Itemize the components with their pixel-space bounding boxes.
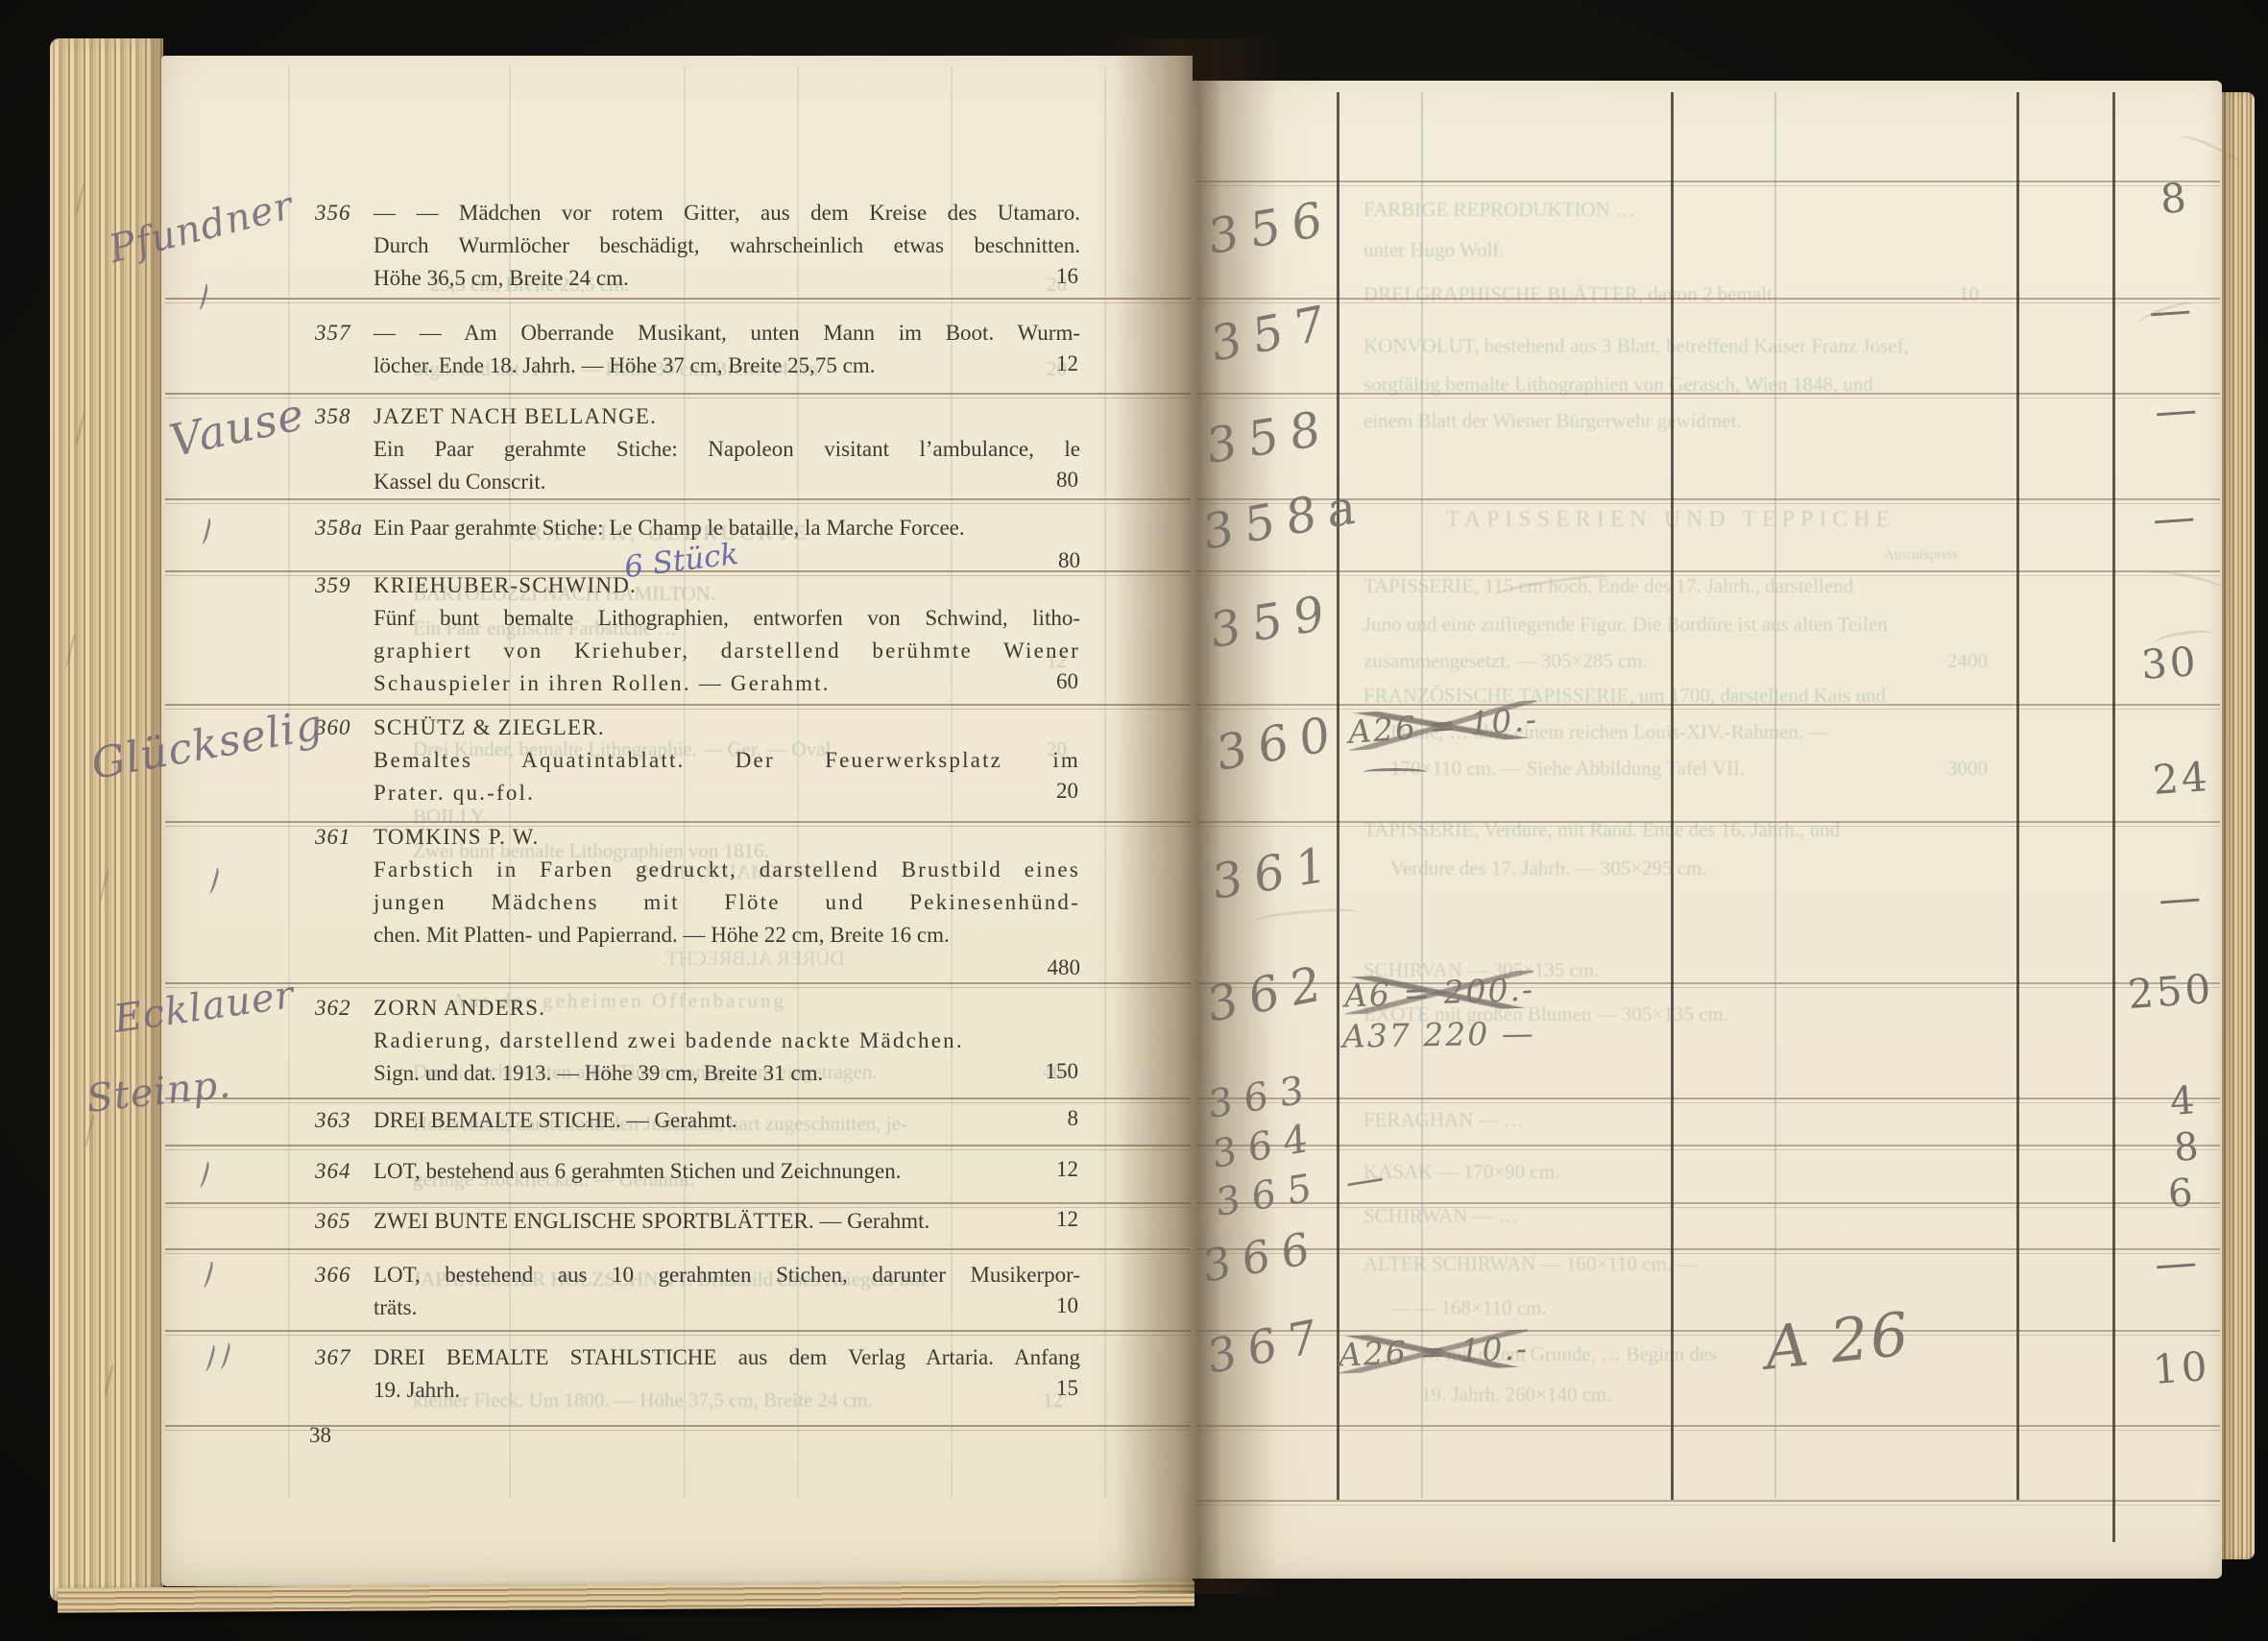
entry-text-line: LOT, bestehend aus 6 gerahmten Stichen u…: [374, 1155, 1080, 1188]
entry-text-line: 19. Jahrh.: [374, 1374, 1080, 1407]
ledger-annotation: A26 = 10.-: [1338, 1330, 1529, 1374]
lot-number-printed: 356: [315, 197, 351, 229]
entry-text-line: Durch Wurmlöcher beschädigt, wahrscheinl…: [374, 229, 1080, 262]
entry-text-line: Ein Paar gerahmte Stiche: Napoleon visit…: [374, 433, 1080, 466]
catalog-entry: 363DREI BEMALTE STICHE. — Gerahmt.8: [315, 1104, 1080, 1137]
entry-heading: TOMKINS P. W.: [374, 821, 1080, 854]
ditto-mark: ″″: [202, 1342, 236, 1375]
entry-text-line: löcher. Ende 18. Jahrh. — Höhe 37 cm, Br…: [374, 350, 1080, 382]
entry-price: 80: [1056, 464, 1078, 496]
lot-number-printed: 365: [315, 1205, 351, 1238]
entry-text-line: chen. Mit Platten- und Papierrand. — Höh…: [374, 919, 1080, 952]
entry-text-line: Sign. und dat. 1913. — Höhe 39 cm, Breit…: [374, 1057, 1080, 1090]
entry-price: 16: [1056, 260, 1078, 293]
entry-text-line: DREI BEMALTE STICHE. — Gerahmt.: [374, 1104, 1080, 1137]
entry-heading: SCHÜTZ & ZIEGLER.: [374, 712, 1080, 744]
entry-text-line: Radierung, darstellend zwei badende nack…: [374, 1025, 1080, 1057]
page-edge-stack-left: [50, 38, 163, 1602]
lot-number-printed: 363: [315, 1104, 351, 1137]
entry-price: 480: [1048, 955, 1081, 979]
entry-separator-line: [165, 1098, 1191, 1099]
ledger-annotation: A37 220 —: [1342, 1014, 1535, 1054]
bleedthrough-text: FARBIGE REPRODUKTION …: [1363, 198, 1635, 222]
ledger-price: 8: [2172, 1124, 2203, 1170]
entry-text-line: Farbstich in Farben gedruckt, darstellen…: [374, 854, 1080, 886]
entry-price: 8: [1068, 1102, 1079, 1135]
page-edge-pencil-mark: [99, 869, 109, 902]
ledger-row-line: [1196, 1330, 2220, 1332]
ledger-price: —: [2153, 384, 2201, 436]
bleedthrough-text: 170×110 cm. — Siehe Abbildung Tafel VII.: [1390, 757, 1745, 781]
pencil-dash: [1363, 768, 1427, 776]
entry-text-line: DREI BEMALTE STAHLSTICHE aus dem Verlag …: [374, 1341, 1080, 1374]
catalog-entry: 359KRIEHUBER-SCHWIND.Fünf bunt bemalte L…: [315, 569, 1080, 700]
ledger-price: 24: [2151, 753, 2211, 804]
ledger-price: 10: [2151, 1342, 2211, 1393]
ledger-row-line: [1196, 393, 2220, 395]
ledger-row-line: [1196, 704, 2220, 706]
entry-text-line: LOT, bestehend aus 10 gerahmten Stichen,…: [374, 1259, 1080, 1291]
page-edge-pencil-mark: [75, 182, 85, 215]
paper-ruling-line: [288, 67, 290, 1498]
catalog-entry: 357— — Am Oberrande Musikant, unten Mann…: [315, 317, 1080, 382]
entry-text-line: Höhe 36,5 cm, Breite 24 cm.: [374, 262, 1080, 295]
ledger-row-line: [1196, 1145, 2220, 1146]
ledger-price: —: [2151, 492, 2199, 543]
ledger-price: —: [2147, 284, 2195, 336]
entry-separator-line: [165, 1202, 1191, 1204]
ledger-row-line: [1196, 1098, 2220, 1099]
bleedthrough-text: FERAGHAN — …: [1363, 1108, 1524, 1132]
entry-text-line: Kassel du Conscrit.: [374, 466, 1080, 498]
bleedthrough-text: 19. Jahrh. 260×140 cm.: [1421, 1383, 1612, 1407]
bleedthrough-text: Verdure des 17. Jahrh. — 305×295 cm.: [1390, 857, 1707, 881]
entry-text-line: Schauspieler in ihren Rollen. — Gerahmt.: [374, 667, 1080, 700]
ledger-row-line: [1196, 821, 2220, 823]
entry-text-line: Fünf bunt bemalte Lithographien, entworf…: [374, 602, 1080, 635]
lot-number-printed: 362: [315, 992, 351, 1025]
entry-separator-line: [165, 1248, 1191, 1250]
page-edge-stack-right: [2222, 92, 2255, 1559]
lot-number-printed: 364: [315, 1155, 351, 1188]
entry-price: 12: [1056, 1203, 1078, 1236]
entry-price: 12: [1056, 1153, 1078, 1186]
entry-price: 10: [1056, 1290, 1078, 1322]
lot-number-printed: 366: [315, 1259, 351, 1291]
ledger-column-line: [1671, 92, 1674, 1500]
ledger-column-line: [1337, 92, 1339, 1500]
page-edge-pencil-mark: [75, 413, 85, 446]
entry-price: 12: [1056, 348, 1078, 380]
ledger-row-line: [1196, 298, 2220, 300]
ditto-stroke: [196, 518, 212, 545]
entry-text-line: — — Am Oberrande Musikant, unten Mann im…: [374, 317, 1080, 350]
ledger-faint-column-line: [1421, 92, 1423, 1498]
ledger-column-line: [2112, 92, 2115, 1542]
entry-text-line: Bemaltes Aquatintablatt. Der Feuerwerksp…: [374, 744, 1080, 777]
lot-number-printed: 361: [315, 821, 351, 854]
entry-separator-line: [165, 1145, 1191, 1146]
ledger-faint-column-line: [1774, 92, 1776, 1498]
page-edge-pencil-mark: [104, 1363, 114, 1396]
ledger-price: 30: [2139, 638, 2200, 688]
catalog-entry: 365ZWEI BUNTE ENGLISCHE SPORTBLÄTTER. — …: [315, 1205, 1080, 1238]
catalog-entry: 367DREI BEMALTE STAHLSTICHE aus dem Verl…: [315, 1341, 1080, 1407]
ledger-row-line: [1196, 1500, 2220, 1502]
bleedthrough-text: Ausrufspreis: [1884, 547, 1958, 564]
catalog-entry: 366LOT, bestehend aus 10 gerahmten Stich…: [315, 1259, 1080, 1324]
lot-number-printed: 358: [315, 400, 351, 433]
entry-text-line: jungen Mädchens mit Flöte und Pekinesenh…: [374, 886, 1080, 919]
bleedthrough-text: ALTER SCHIRWAN — 160×110 cm. —: [1363, 1252, 1697, 1276]
ledger-row-line: [1196, 181, 2220, 182]
catalog-entry: 362ZORN ANDERS.Radierung, darstellend zw…: [315, 992, 1080, 1090]
entry-separator-line: [165, 1330, 1191, 1332]
catalog-entry: 360SCHÜTZ & ZIEGLER.Bemaltes Aquatintabl…: [315, 712, 1080, 809]
bleedthrough-text: Juno und eine zufliegende Figur. Die Bor…: [1363, 613, 1888, 637]
entry-heading: JAZET NACH BELLANGE.: [374, 400, 1080, 433]
entry-heading: ZORN ANDERS.: [374, 992, 1080, 1025]
paper-ruling-line: [1104, 67, 1106, 1498]
entry-price: 60: [1056, 665, 1078, 698]
bleedthrough-text: 3000: [1947, 757, 1988, 781]
ledger-price: 250: [2126, 965, 2214, 1018]
catalog-entry: 356— — Mädchen vor rotem Gitter, aus dem…: [315, 197, 1080, 295]
bleedthrough-text: zusammengesetzt. — 305×285 cm.: [1363, 649, 1648, 673]
ledger-row-line: [1196, 570, 2220, 572]
entry-text-line: ZWEI BUNTE ENGLISCHE SPORTBLÄTTER. — Ger…: [374, 1205, 1080, 1238]
entry-text-line: — — Mädchen vor rotem Gitter, aus dem Kr…: [374, 197, 1080, 229]
entry-separator-line: [165, 298, 1191, 300]
lot-number-printed: 357: [315, 317, 351, 350]
entry-separator-line: [165, 498, 1191, 500]
entry-text-line: graphiert von Kriehuber, darstellend ber…: [374, 635, 1080, 667]
ledger-price: —: [2153, 1237, 2201, 1289]
page-edge-pencil-mark: [65, 634, 76, 666]
catalog-entry: 364LOT, bestehend aus 6 gerahmten Stiche…: [315, 1155, 1080, 1188]
ledger-price: 6: [2166, 1170, 2197, 1217]
ditto-stroke: [193, 283, 209, 311]
ledger-row-line: [1196, 1425, 2220, 1427]
ledger-price: 8: [2159, 174, 2190, 223]
entry-separator-line: [165, 393, 1191, 395]
ledger-price: —: [2157, 872, 2205, 924]
auction-catalog-photo: 23,5 cm, Breite 25,5 cm.20Sign. und dat.…: [0, 0, 2268, 1641]
ledger-annotation: A6 = 200.-: [1343, 971, 1534, 1015]
lot-number-printed: 358a: [315, 512, 363, 544]
entry-price: 20: [1056, 775, 1078, 808]
bleedthrough-text: KONVOLUT, bestehend aus 3 Blatt, betreff…: [1363, 334, 1909, 358]
lot-number-printed: 367: [315, 1341, 351, 1374]
entry-text-line: träts.: [374, 1291, 1080, 1324]
entry-heading: KRIEHUBER-SCHWIND.: [374, 569, 1080, 602]
entry-price: 15: [1056, 1372, 1078, 1405]
lot-number-printed: 359: [315, 569, 351, 602]
bleedthrough-text: unter Hugo Wolf.: [1363, 238, 1505, 262]
entry-price: 150: [1046, 1055, 1079, 1088]
catalog-entry: 361TOMKINS P. W.Farbstich in Farben gedr…: [315, 821, 1080, 984]
bleedthrough-text: 2400: [1947, 649, 1988, 673]
entry-price-line: 480: [374, 952, 1080, 984]
ledger-price: 4: [2168, 1078, 2199, 1124]
ditto-stroke: [215, 1342, 232, 1370]
ledger-row-line: [1196, 1248, 2220, 1250]
entry-text-line: Prater. qu.-fol.: [374, 777, 1080, 809]
page-number: 38: [309, 1423, 331, 1448]
bleedthrough-text: — — 168×110 cm.: [1390, 1296, 1547, 1320]
ledger-column-line: [2016, 92, 2019, 1500]
catalog-entry: 358JAZET NACH BELLANGE.Ein Paar gerahmte…: [315, 400, 1080, 498]
